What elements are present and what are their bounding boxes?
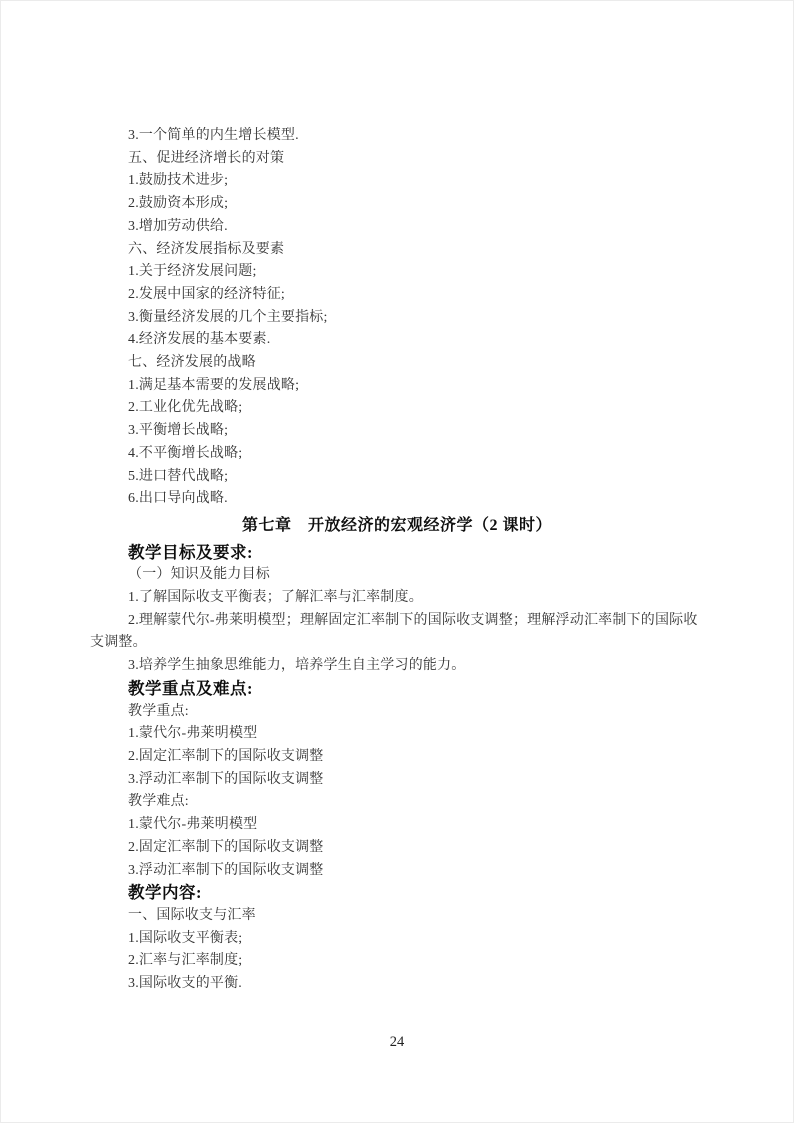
document-line: 4.经济发展的基本要素. [90, 329, 704, 352]
document-line: 3.国际收支的平衡. [90, 973, 704, 996]
section-heading: 教学内容: [90, 882, 704, 905]
chapter-title: 第七章 开放经济的宏观经济学（2 课时） [90, 515, 704, 538]
document-line: 3.一个简单的内生增长模型. [90, 125, 704, 148]
document-line: 2.理解蒙代尔-弗莱明模型；理解固定汇率制下的国际收支调整；理解浮动汇率制下的国… [90, 610, 704, 633]
document-line: 支调整。 [90, 632, 704, 655]
document-line: 6.出口导向战略. [90, 488, 704, 511]
section-heading: 教学重点及难点: [90, 678, 704, 701]
document-line: 3.平衡增长战略; [90, 420, 704, 443]
section-heading: 教学目标及要求: [90, 542, 704, 565]
page-number: 24 [0, 1034, 794, 1051]
document-line: 5.进口替代战略; [90, 466, 704, 489]
document-line: 2.汇率与汇率制度; [90, 950, 704, 973]
document-line: 1.满足基本需要的发展战略; [90, 375, 704, 398]
document-line: 3.浮动汇率制下的国际收支调整 [90, 769, 704, 792]
document-page: 3.一个简单的内生增长模型.五、促进经济增长的对策1.鼓励技术进步;2.鼓励资本… [0, 0, 794, 1123]
document-line: 七、经济发展的战略 [90, 352, 704, 375]
document-line: 3.浮动汇率制下的国际收支调整 [90, 860, 704, 883]
document-line: 一、国际收支与汇率 [90, 905, 704, 928]
document-line: 六、经济发展指标及要素 [90, 239, 704, 262]
document-line: 3.衡量经济发展的几个主要指标; [90, 307, 704, 330]
document-line: 2.工业化优先战略; [90, 397, 704, 420]
document-line: 五、促进经济增长的对策 [90, 148, 704, 171]
document-line: 1.蒙代尔-弗莱明模型 [90, 814, 704, 837]
document-content: 3.一个简单的内生增长模型.五、促进经济增长的对策1.鼓励技术进步;2.鼓励资本… [90, 125, 704, 996]
document-line: 1.关于经济发展问题; [90, 261, 704, 284]
document-line: 2.发展中国家的经济特征; [90, 284, 704, 307]
document-line: 教学难点: [90, 791, 704, 814]
document-line: 2.鼓励资本形成; [90, 193, 704, 216]
document-line: 4.不平衡增长战略; [90, 443, 704, 466]
document-line: 3.培养学生抽象思维能力，培养学生自主学习的能力。 [90, 655, 704, 678]
document-line: 1.蒙代尔-弗莱明模型 [90, 723, 704, 746]
document-line: （一）知识及能力目标 [90, 564, 704, 587]
document-line: 1.了解国际收支平衡表；了解汇率与汇率制度。 [90, 587, 704, 610]
document-line: 1.国际收支平衡表; [90, 928, 704, 951]
document-line: 教学重点: [90, 701, 704, 724]
document-line: 2.固定汇率制下的国际收支调整 [90, 837, 704, 860]
document-line: 3.增加劳动供给. [90, 216, 704, 239]
document-line: 2.固定汇率制下的国际收支调整 [90, 746, 704, 769]
document-line: 1.鼓励技术进步; [90, 170, 704, 193]
